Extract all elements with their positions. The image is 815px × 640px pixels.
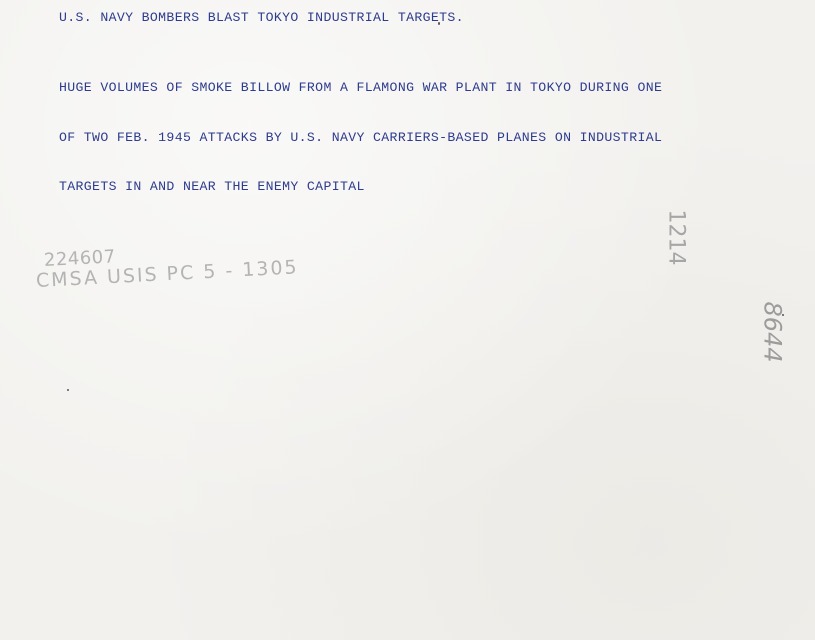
caption-line: HUGE VOLUMES OF SMOKE BILLOW FROM A FLAM… (59, 80, 662, 97)
handwritten-side-number: 1214 (664, 210, 689, 266)
dust-speck (67, 389, 69, 391)
dust-speck (782, 314, 784, 316)
caption-line: TARGETS IN AND NEAR THE ENEMY CAPITAL (59, 179, 662, 196)
caption-headline: U.S. NAVY BOMBERS BLAST TOKYO INDUSTRIAL… (59, 10, 464, 25)
handwritten-side-mark: 8644 (759, 301, 787, 362)
caption-body: HUGE VOLUMES OF SMOKE BILLOW FROM A FLAM… (59, 47, 662, 212)
ink-speck (438, 22, 440, 25)
caption-line: OF TWO FEB. 1945 ATTACKS BY U.S. NAVY CA… (59, 130, 662, 147)
